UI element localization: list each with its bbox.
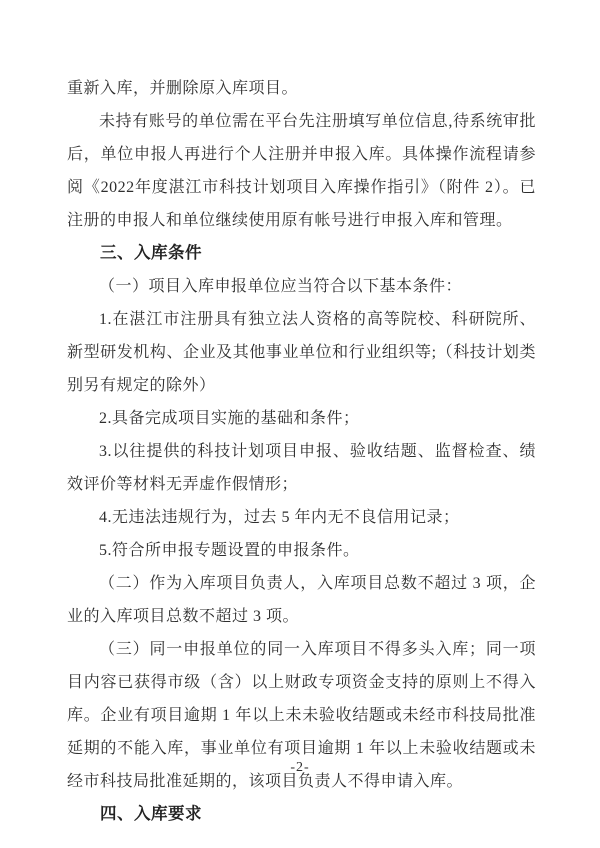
paragraph-condition-item-4: 4.无违法违规行为，过去 5 年内无不良信用记录； bbox=[67, 501, 536, 534]
paragraph-condition-item-1: 1.在湛江市注册具有独立法人资格的高等院校、科研院所、新型研发机构、企业及其他事… bbox=[67, 303, 536, 402]
document-body: 重新入库，并删除原入库项目。 未持有账号的单位需在平台先注册填写单位信息,待系统… bbox=[67, 72, 536, 831]
paragraph-condition-2: （二）作为入库项目负责人，入库项目总数不超过 3 项，企业的入库项目总数不超过 … bbox=[67, 567, 536, 633]
paragraph-condition-1-intro: （一）项目入库申报单位应当符合以下基本条件： bbox=[67, 270, 536, 303]
paragraph-condition-item-5: 5.符合所申报专题设置的申报条件。 bbox=[67, 534, 536, 567]
paragraph-condition-item-3: 3.以往提供的科技计划项目申报、验收结题、监督检查、绩效评价等材料无弄虚作假情形… bbox=[67, 435, 536, 501]
page-number: -2- bbox=[0, 760, 600, 776]
paragraph-continuation: 重新入库，并删除原入库项目。 bbox=[67, 72, 536, 105]
section-heading-4: 四、入库要求 bbox=[67, 798, 536, 831]
paragraph-registration-info: 未持有账号的单位需在平台先注册填写单位信息,待系统审批后，单位申报人再进行个人注… bbox=[67, 105, 536, 237]
paragraph-condition-item-2: 2.具备完成项目实施的基础和条件； bbox=[67, 402, 536, 435]
document-page: 重新入库，并删除原入库项目。 未持有账号的单位需在平台先注册填写单位信息,待系统… bbox=[0, 0, 600, 848]
section-heading-3: 三、入库条件 bbox=[67, 237, 536, 270]
